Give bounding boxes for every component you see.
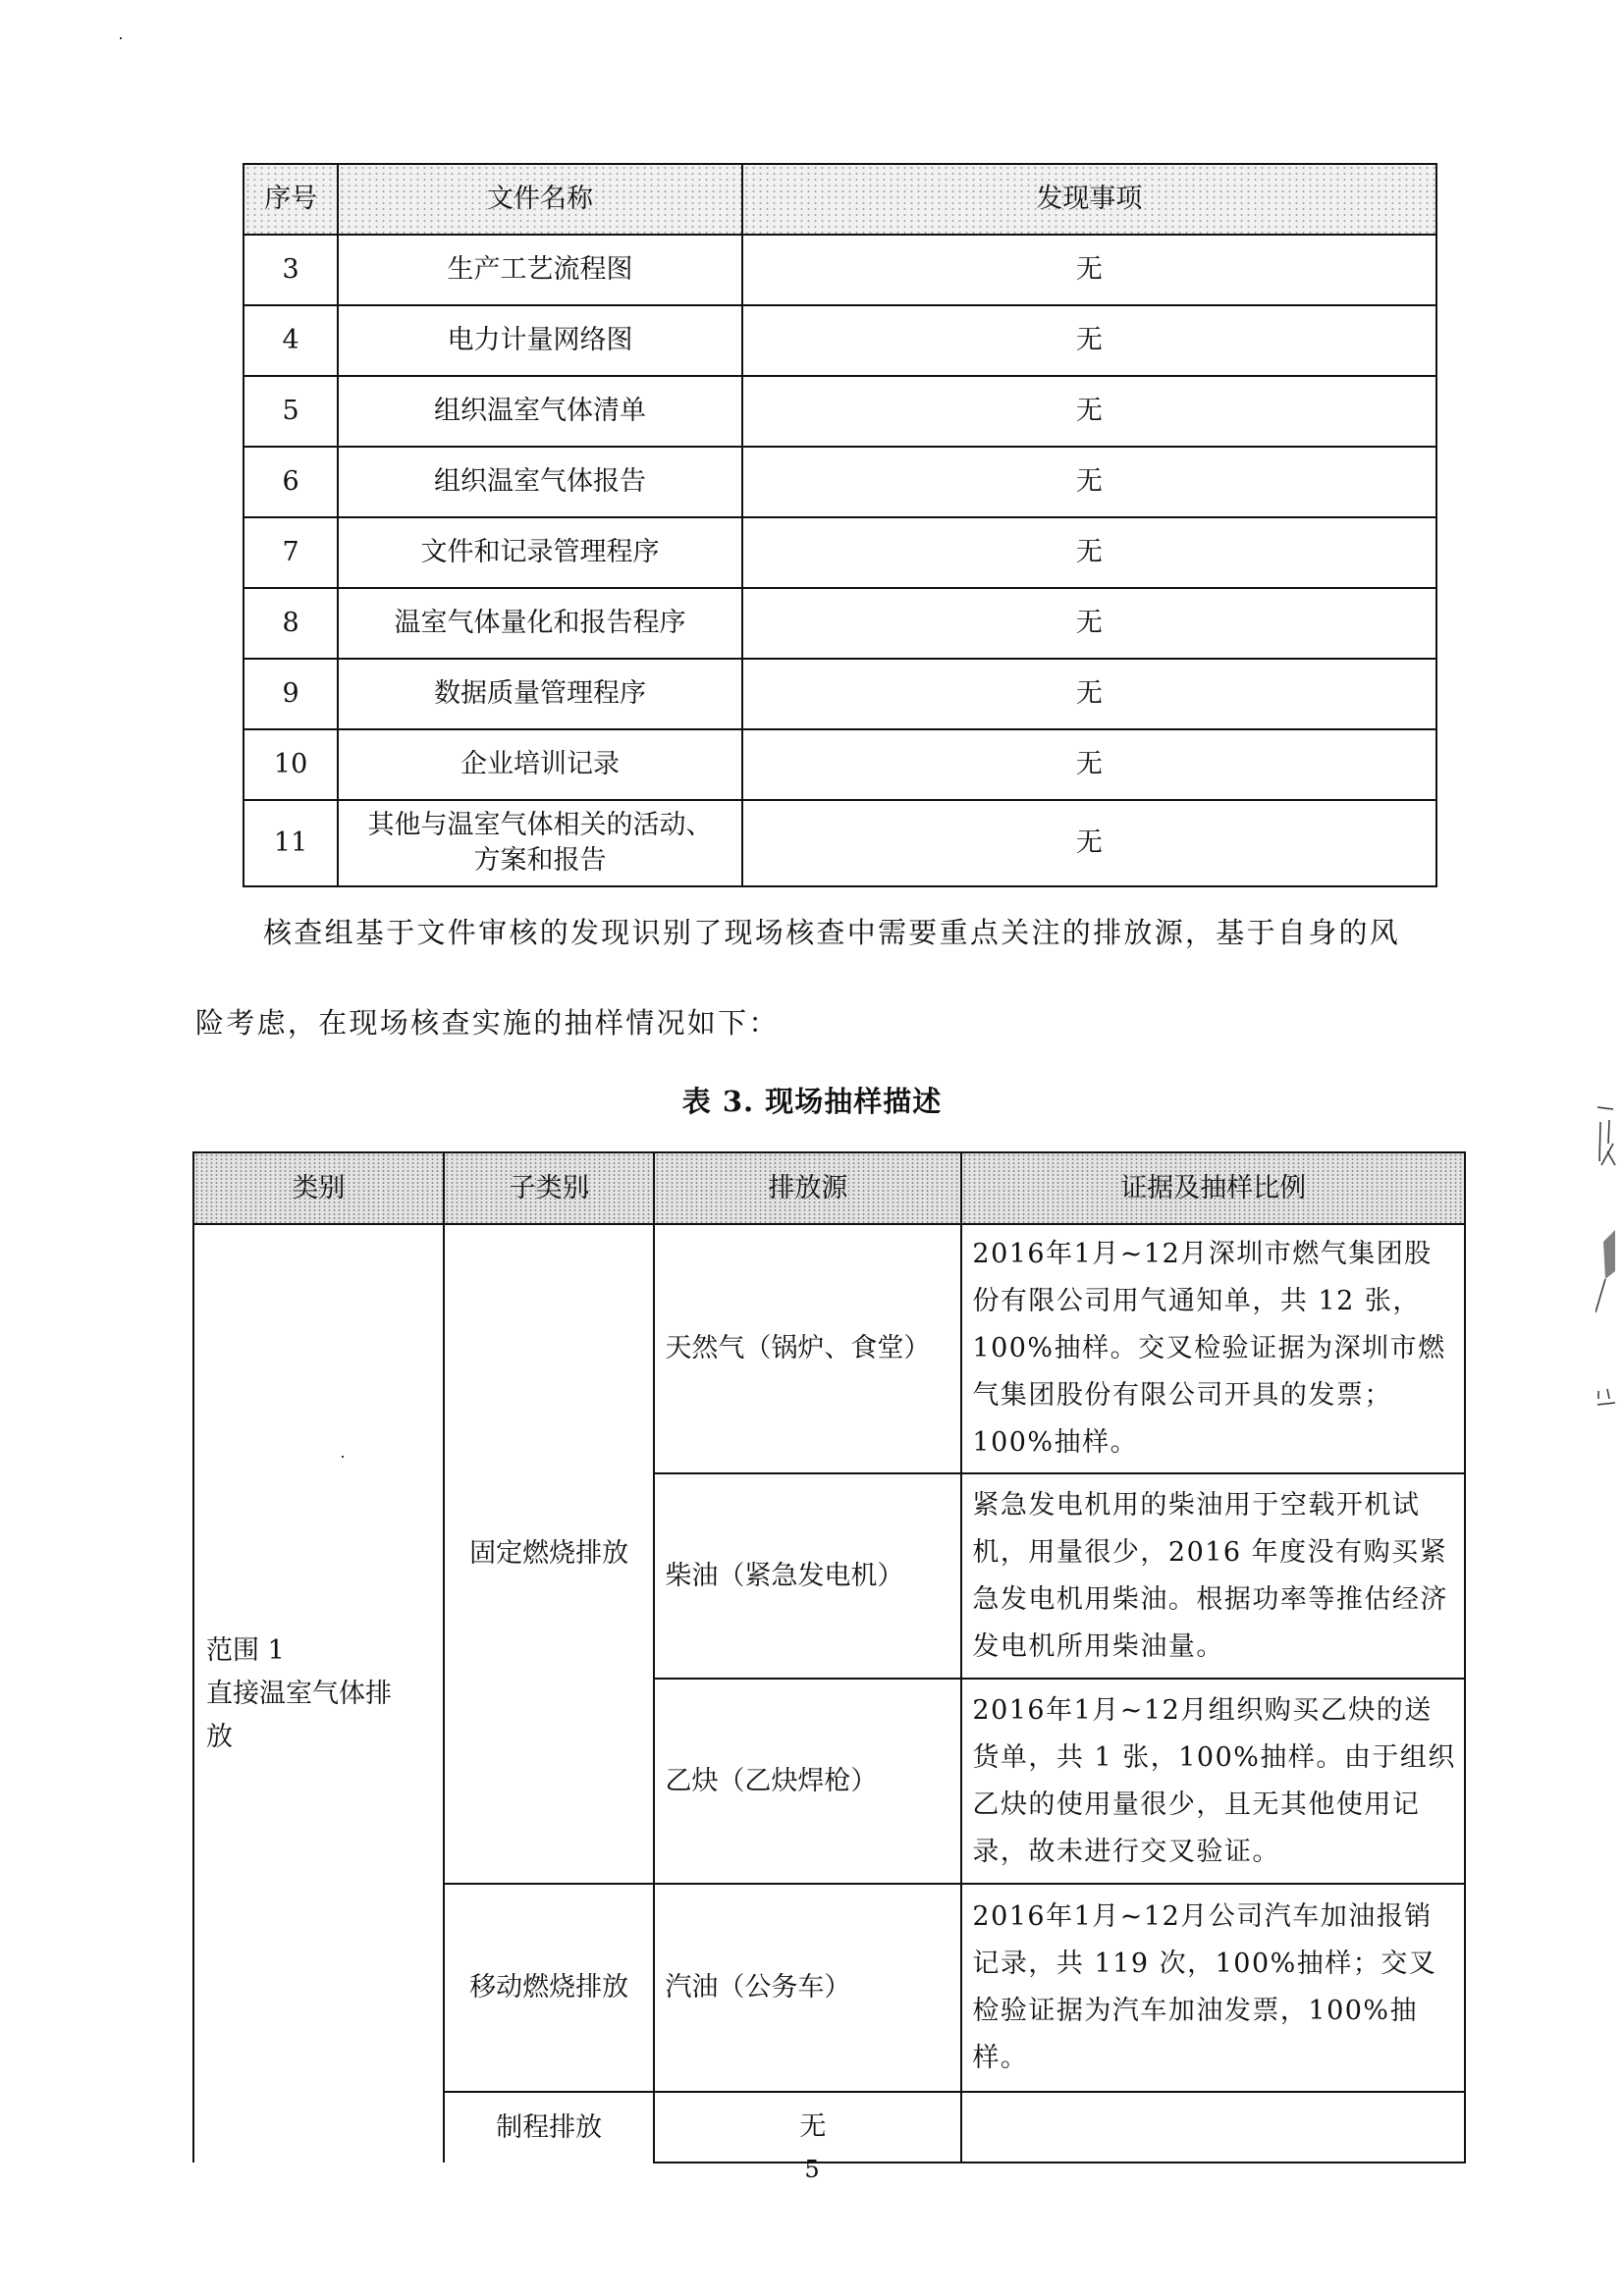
- row-document-name: 组织温室气体清单: [338, 376, 742, 447]
- emission-source: 乙炔（乙炔焊枪）: [654, 1679, 961, 1884]
- document-review-table: 序号 文件名称 发现事项 3 生产工艺流程图 无 4 电力计量网络图 无 5 组…: [243, 163, 1437, 887]
- row-finding: 无: [742, 447, 1436, 517]
- row-finding: 无: [742, 800, 1436, 886]
- row-finding: 无: [742, 659, 1436, 729]
- evidence: 2016年1月~12月深圳市燃气集团股份有限公司用气通知单，共 12 张，100…: [961, 1224, 1465, 1473]
- seal-stamp-fragment-icon: [1596, 1104, 1617, 1409]
- paragraph-line-1: 核查组基于文件审核的发现识别了现场核查中需要重点关注的排放源，基于自身的风: [263, 911, 1400, 951]
- emission-source: 汽油（公务车）: [654, 1884, 961, 2092]
- scan-speck: [342, 1456, 344, 1458]
- emission-source: 无: [654, 2092, 961, 2163]
- header-document-name: 文件名称: [338, 164, 742, 235]
- row-finding: 无: [742, 305, 1436, 376]
- emission-source: 天然气（锅炉、食堂）: [654, 1224, 961, 1473]
- row-index: 8: [244, 588, 338, 659]
- header-category: 类别: [193, 1152, 444, 1224]
- row-document-name: 数据质量管理程序: [338, 659, 742, 729]
- row-document-name: 温室气体量化和报告程序: [338, 588, 742, 659]
- category-cell: 范围 1 直接温室气体排 放: [193, 1224, 444, 2163]
- evidence: [961, 2092, 1465, 2163]
- evidence: 2016年1月~12月公司汽车加油报销记录，共 119 次，100%抽样；交叉检…: [961, 1884, 1465, 2092]
- row-finding: 无: [742, 517, 1436, 588]
- row-document-name-line2: 方案和报告: [339, 843, 741, 879]
- row-finding: 无: [742, 235, 1436, 305]
- table-row: 7 文件和记录管理程序 无: [244, 517, 1436, 588]
- row-index: 9: [244, 659, 338, 729]
- subcategory-stationary: 固定燃烧排放: [444, 1224, 655, 1884]
- subcategory-mobile: 移动燃烧排放: [444, 1884, 655, 2092]
- table-header-row: 序号 文件名称 发现事项: [244, 164, 1436, 235]
- row-index: 7: [244, 517, 338, 588]
- page-number: 5: [0, 2156, 1624, 2183]
- row-document-name: 其他与温室气体相关的活动、 方案和报告: [338, 800, 742, 886]
- category-line1: 范围 1: [206, 1629, 433, 1673]
- scan-speck: [120, 37, 122, 39]
- emission-source: 柴油（紧急发电机）: [654, 1473, 961, 1679]
- category-line2: 直接温室气体排: [206, 1673, 433, 1716]
- row-finding: 无: [742, 376, 1436, 447]
- row-finding: 无: [742, 588, 1436, 659]
- table-row: 8 温室气体量化和报告程序 无: [244, 588, 1436, 659]
- row-document-name: 生产工艺流程图: [338, 235, 742, 305]
- row-document-name: 电力计量网络图: [338, 305, 742, 376]
- category-line3: 放: [206, 1716, 433, 1759]
- table-caption: 表 3. 现场抽样描述: [0, 1080, 1624, 1120]
- row-index: 5: [244, 376, 338, 447]
- header-findings: 发现事项: [742, 164, 1436, 235]
- row-index: 6: [244, 447, 338, 517]
- row-document-name: 文件和记录管理程序: [338, 517, 742, 588]
- row-document-name: 组织温室气体报告: [338, 447, 742, 517]
- table-header-row: 类别 子类别 排放源 证据及抽样比例: [193, 1152, 1465, 1224]
- subcategory-process: 制程排放: [444, 2092, 655, 2163]
- header-evidence-sampling: 证据及抽样比例: [961, 1152, 1465, 1224]
- paragraph-line-2: 险考虑，在现场核查实施的抽样情况如下：: [195, 1001, 780, 1041]
- row-index: 10: [244, 729, 338, 800]
- row-index: 3: [244, 235, 338, 305]
- row-document-name: 企业培训记录: [338, 729, 742, 800]
- table-row: 4 电力计量网络图 无: [244, 305, 1436, 376]
- table-row: 3 生产工艺流程图 无: [244, 235, 1436, 305]
- row-document-name-line1: 其他与温室气体相关的活动、: [339, 808, 741, 843]
- row-index: 11: [244, 800, 338, 886]
- header-index: 序号: [244, 164, 338, 235]
- row-finding: 无: [742, 729, 1436, 800]
- row-index: 4: [244, 305, 338, 376]
- header-subcategory: 子类别: [444, 1152, 655, 1224]
- table-row: 9 数据质量管理程序 无: [244, 659, 1436, 729]
- evidence: 2016年1月~12月组织购买乙炔的送货单，共 1 张，100%抽样。由于组织乙…: [961, 1679, 1465, 1884]
- table-row: 10 企业培训记录 无: [244, 729, 1436, 800]
- header-emission-source: 排放源: [654, 1152, 961, 1224]
- table-row: 5 组织温室气体清单 无: [244, 376, 1436, 447]
- onsite-sampling-table: 类别 子类别 排放源 证据及抽样比例 范围 1 直接温室气体排 放 固定燃烧排放…: [192, 1151, 1466, 2163]
- evidence: 紧急发电机用的柴油用于空载开机试机，用量很少，2016 年度没有购买紧急发电机用…: [961, 1473, 1465, 1679]
- table-row: 范围 1 直接温室气体排 放 固定燃烧排放 天然气（锅炉、食堂） 2016年1月…: [193, 1224, 1465, 1473]
- table-row: 6 组织温室气体报告 无: [244, 447, 1436, 517]
- scan-speck: [586, 1191, 588, 1194]
- table-row: 11 其他与温室气体相关的活动、 方案和报告 无: [244, 800, 1436, 886]
